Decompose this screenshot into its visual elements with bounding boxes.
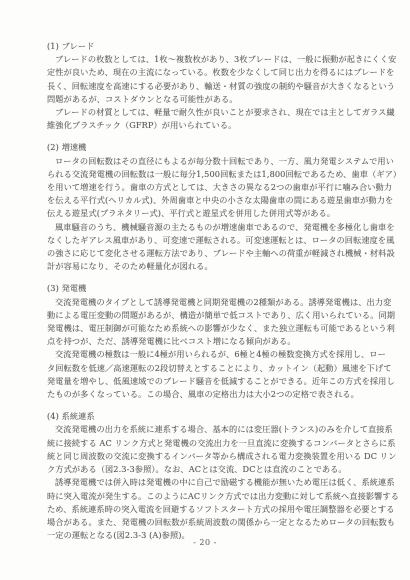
section-heading: (4) 系統連系 <box>47 410 379 423</box>
text-line: 発電機は、電圧制御が可能なため系統への影響が少なく、また独立運転も可能であるとい… <box>47 322 379 335</box>
text-line: 誘導発電機では併入時は発電機の中に自己で励磁する機能が無いため電圧は低く、系統連… <box>47 476 379 489</box>
text-line: ク方式がある（図2.3-3参照）。なお、ACとは交流、DCとは直流のことである。 <box>47 463 379 476</box>
text-line: ため、系統連系時の突入電流を回避するソフトスタート方式の採用や電圧調整器を必要と… <box>47 503 379 516</box>
text-line: を用いて増速を行う。歯車の方式としては、大きさの異なる2つの歯車が平行に噛み合い… <box>47 181 379 194</box>
text-line: 統に接続する AC リンク方式と発電機の交流出力を一旦直流に変換するコンバータと… <box>47 437 379 450</box>
text-line: たものが多くなっている。この場合、風車の定格出力は大小2つの定格で表される。 <box>47 388 379 401</box>
paragraph: ロータの回転数はその直径にもよるが毎分数十回転であり、一方、風力発電システムで用… <box>47 155 379 221</box>
section: (2) 増速機ロータの回転数はその直径にもよるが毎分数十回転であり、一方、風力発… <box>47 141 379 273</box>
paragraph: 誘導発電機では併入時は発電機の中に自己で励磁する機能が無いため電圧は低く、系統連… <box>47 476 379 542</box>
section: (3) 発電機交流発電機のタイプとして誘導発電機と同期発電機の2種類がある。誘導… <box>47 282 379 401</box>
text-line: 長く、回転速度を高速にする必要があり、輸送・材質の強度の制約や騒音が大きくなると… <box>47 80 379 93</box>
text-line: ブレードの枚数としては、1枚～複数枚があり、3枚ブレードは、一般に振動が起きにく… <box>47 53 379 66</box>
text-line: の強さに応じて変化させる運転方法であり、ブレードや主軸への荷重が軽減され機械・材… <box>47 247 379 260</box>
text-line: 動による電圧変動の問題があるが、構造が簡単で低コストであり、広く用いられている。… <box>47 309 379 322</box>
paragraph: ブレードの枚数としては、1枚～複数枚があり、3枚ブレードは、一般に振動が起きにく… <box>47 53 379 106</box>
text-line: ロータの回転数はその直径にもよるが毎分数十回転であり、一方、風力発電システムで用… <box>47 155 379 168</box>
text-line: 統と同じ周波数の交流に変換するインバータ等から構成される電力変換装置を用いる D… <box>47 450 379 463</box>
section-heading: (3) 発電機 <box>47 282 379 295</box>
text-line: 維強化プラスチック（GFRP）が用いられている。 <box>47 119 379 132</box>
paragraph: 交流発電機のタイプとして誘導発電機と同期発電機の2種類がある。誘導発電機は、出力… <box>47 296 379 349</box>
text-line: 場合がある。また、発電機の回転数が系統周波数の関係から一定となるためロータの回転… <box>47 516 379 529</box>
section: (4) 系統連系交流発電機の出力を系統に連系する場合、基本的には変圧器(トランス… <box>47 410 379 542</box>
text-line: 交流発電機の極数は一般に4極が用いられるが、6極と4極の極数変換方式を採用し、ロ… <box>47 348 379 361</box>
text-line: ブレードの材質としては、軽量で耐久性が良いことが要求され、現在では主としてガラス… <box>47 106 379 119</box>
text-line: 発電量を増やし、低風速域でのブレード騒音を低減することができる。近年この方式を採… <box>47 375 379 388</box>
text-line: を伝える平行式(ヘリカル式)、外周歯車と中央の小さな太陽歯車の間にある遊星歯車が… <box>47 194 379 207</box>
text-line: 問題があるが、コストダウンとなる可能性がある。 <box>47 93 379 106</box>
text-line: 計が容易になり、そのため軽量化が図れる。 <box>47 260 379 273</box>
text-line: 交流発電機のタイプとして誘導発電機と同期発電機の2種類がある。誘導発電機は、出力… <box>47 296 379 309</box>
paragraph: 交流発電機の極数は一般に4極が用いられるが、6極と4極の極数変換方式を採用し、ロ… <box>47 348 379 401</box>
text-line: なくしたギアレス風車があり、可変速で運転される。可変速運転とは、ロータの回転速度… <box>47 234 379 247</box>
text-line: られる交流発電機の回転数は一般に毎分1,500回転または1,800回転であるため… <box>47 168 379 181</box>
document-page: (1) ブレードブレードの枚数としては、1枚～複数枚があり、3枚ブレードは、一般… <box>0 0 410 580</box>
paragraph: 風車騒音のうち、機械騒音源の主たるものが増速歯車であるので、発電機を多極化し歯車… <box>47 221 379 274</box>
document-body: (1) ブレードブレードの枚数としては、1枚～複数枚があり、3枚ブレードは、一般… <box>47 40 379 551</box>
section-heading: (1) ブレード <box>47 40 379 53</box>
text-line: 風車騒音のうち、機械騒音源の主たるものが増速歯車であるので、発電機を多極化し歯車… <box>47 221 379 234</box>
section-heading: (2) 増速機 <box>47 141 379 154</box>
text-line: 点を持つが、ただ、誘導発電機に比べコスト増になる傾向がある。 <box>47 335 379 348</box>
text-line: 伝える遊星式(プラネタリー式)、平行式と遊星式を併用した併用式等がある。 <box>47 207 379 220</box>
paragraph: ブレードの材質としては、軽量で耐久性が良いことが要求され、現在では主としてガラス… <box>47 106 379 132</box>
text-line: 交流発電機の出力を系統に連系する場合、基本的には変圧器(トランス)のみを介して直… <box>47 423 379 436</box>
text-line: タ回転数を低速／高速運転の2段切替えとすることにより、カットイン（起動）風速を下… <box>47 362 379 375</box>
section: (1) ブレードブレードの枚数としては、1枚～複数枚があり、3枚ブレードは、一般… <box>47 40 379 132</box>
page-number: - 20 - <box>0 538 410 547</box>
text-line: 時に突入電流が発生する。このようにACリンク方式では出力変動に対して系統へ直接影… <box>47 490 379 503</box>
text-line: 定性が良いため、現在の主流になっている。枚数を少なくして同じ出力を得るにはブレー… <box>47 66 379 79</box>
paragraph: 交流発電機の出力を系統に連系する場合、基本的には変圧器(トランス)のみを介して直… <box>47 423 379 476</box>
